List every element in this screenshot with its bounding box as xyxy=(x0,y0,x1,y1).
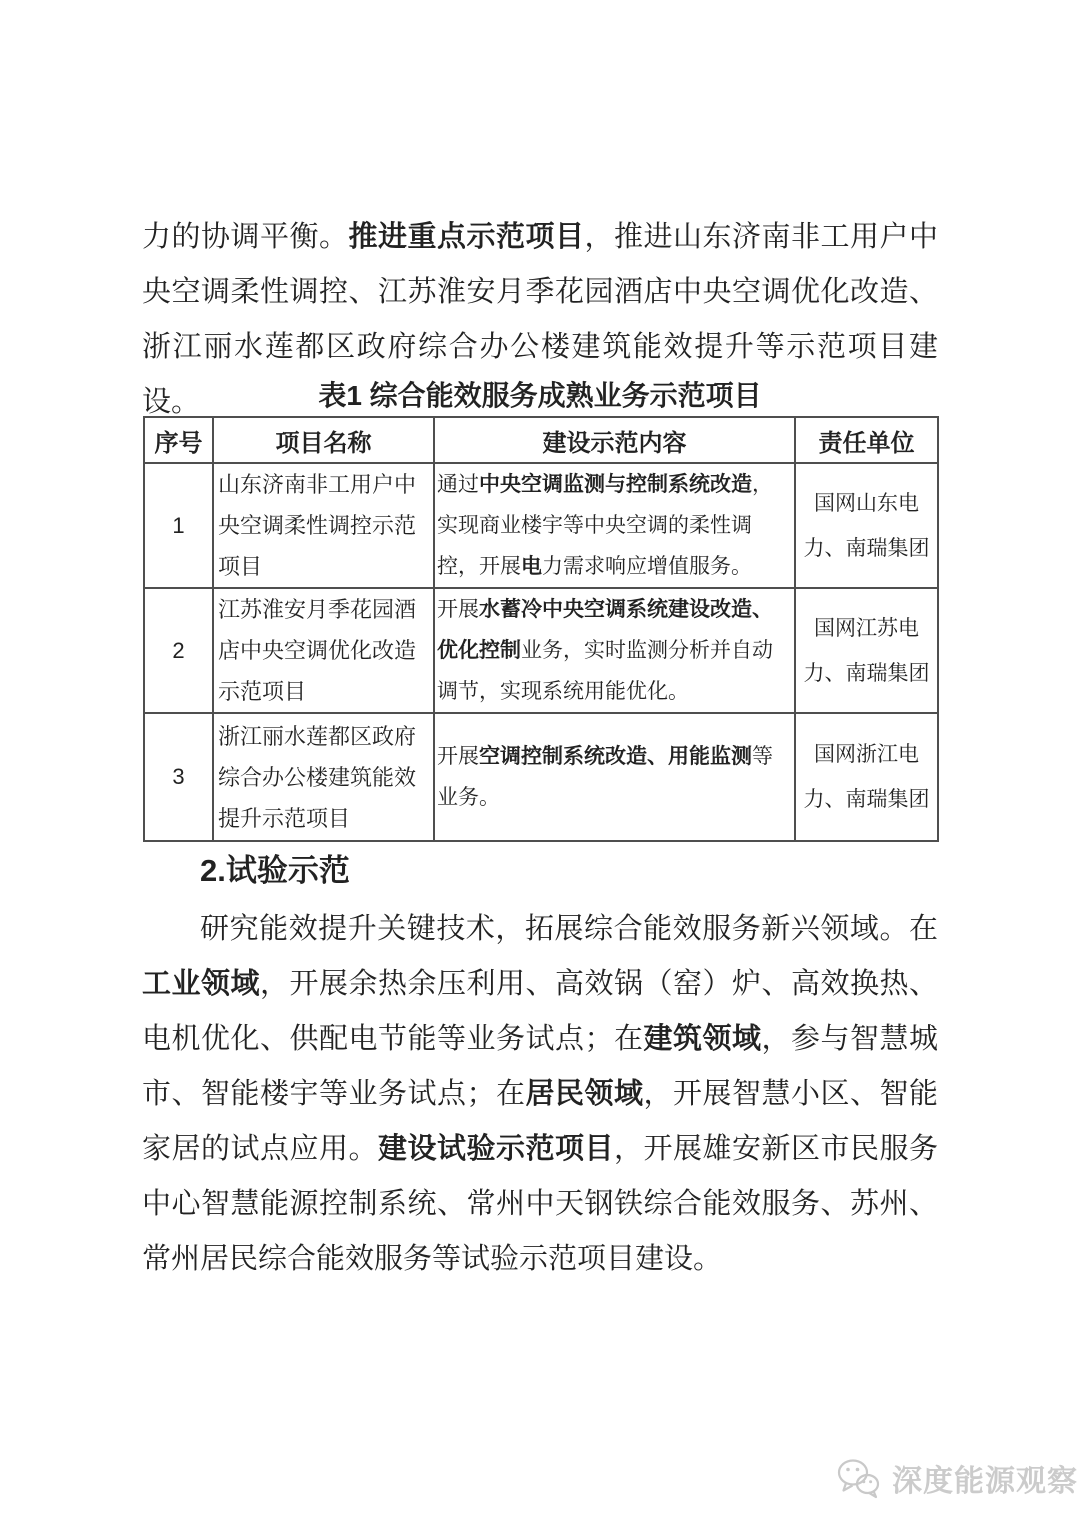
header-unit: 责任单位 xyxy=(795,417,938,463)
watermark: 深度能源观察 xyxy=(836,1456,1078,1500)
responsible-unit: 国网江苏电力、南瑞集团 xyxy=(795,588,938,713)
row-number: 1 xyxy=(144,463,213,588)
section-heading: 2.试验示范 xyxy=(142,850,350,892)
responsible-unit: 国网山东电力、南瑞集团 xyxy=(795,463,938,588)
table-row: 2 江苏淮安月季花园酒店中央空调优化改造示范项目 开展水蓄冷中央空调系统建设改造… xyxy=(144,588,938,713)
table-row: 1 山东济南非工用户中央空调柔性调控示范项目 通过中央空调监测与控制系统改造，实… xyxy=(144,463,938,588)
table-row: 3 浙江丽水莲都区政府综合办公楼建筑能效提升示范项目 开展空调控制系统改造、用能… xyxy=(144,713,938,841)
watermark-label: 深度能源观察 xyxy=(892,1456,1078,1500)
section-paragraph: 研究能效提升关键技术，拓展综合能效服务新兴领域。在工业领域，开展余热余压利用、高… xyxy=(142,902,938,1287)
project-name: 江苏淮安月季花园酒店中央空调优化改造示范项目 xyxy=(213,588,434,713)
project-content: 通过中央空调监测与控制系统改造，实现商业楼宇等中央空调的柔性调控，开展电力需求响… xyxy=(434,463,795,588)
row-number: 2 xyxy=(144,588,213,713)
row-number: 3 xyxy=(144,713,213,841)
header-project-name: 项目名称 xyxy=(213,417,434,463)
project-name: 山东济南非工用户中央空调柔性调控示范项目 xyxy=(213,463,434,588)
demo-projects-table: 序号 项目名称 建设示范内容 责任单位 1 山东济南非工用户中央空调柔性调控示范… xyxy=(143,416,939,842)
table-title: 表1 综合能效服务成熟业务示范项目 xyxy=(142,378,938,414)
project-content: 开展空调控制系统改造、用能监测等业务。 xyxy=(434,713,795,841)
project-content: 开展水蓄冷中央空调系统建设改造、优化控制业务，实时监测分析并自动调节，实现系统用… xyxy=(434,588,795,713)
project-name: 浙江丽水莲都区政府综合办公楼建筑能效提升示范项目 xyxy=(213,713,434,841)
wechat-icon xyxy=(836,1457,882,1499)
table-header-row: 序号 项目名称 建设示范内容 责任单位 xyxy=(144,417,938,463)
article-page: 力的协调平衡。推进重点示范项目，推进山东济南非工用户中央空调柔性调控、江苏淮安月… xyxy=(0,0,1080,1529)
header-no: 序号 xyxy=(144,417,213,463)
responsible-unit: 国网浙江电力、南瑞集团 xyxy=(795,713,938,841)
header-content: 建设示范内容 xyxy=(434,417,795,463)
